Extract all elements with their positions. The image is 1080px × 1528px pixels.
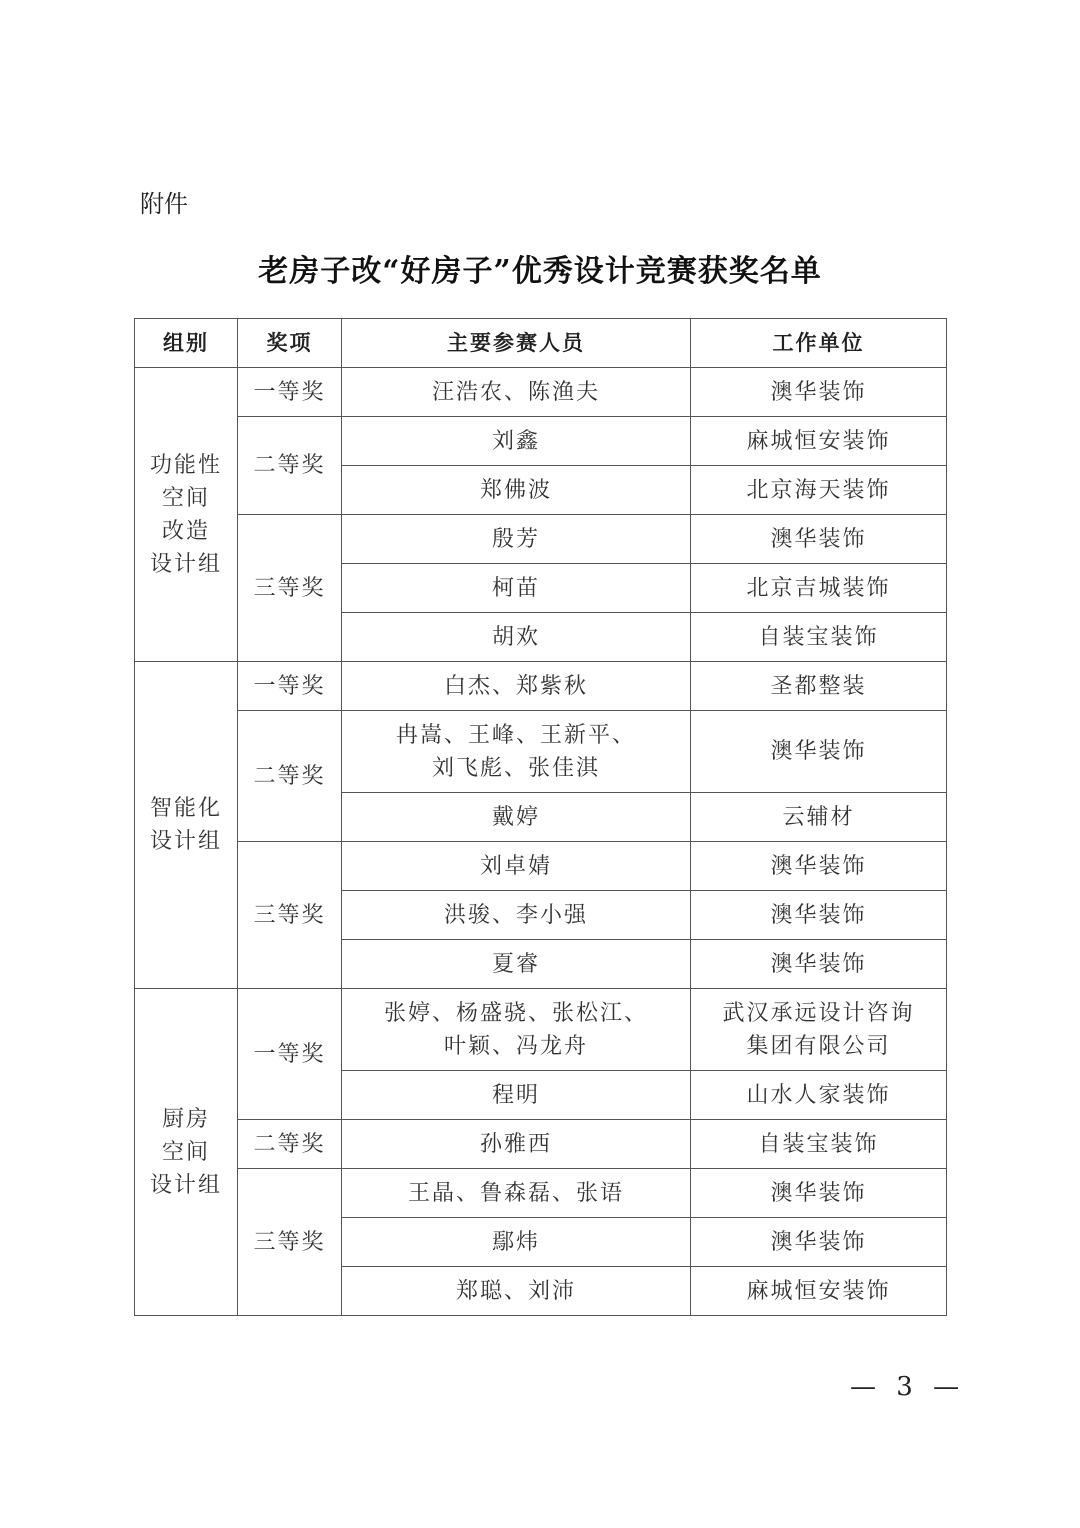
attachment-label: 附件 [140,184,188,219]
participants-cell: 冉嵩、王峰、王新平、 刘飞彪、张佳淇 [342,711,691,793]
unit-cell: 武汉承远设计咨询 集团有限公司 [691,989,947,1071]
table-row: 二等奖 刘鑫 麻城恒安装饰 [135,417,947,466]
participants-cell: 张婷、杨盛骁、张松江、 叶颖、冯龙舟 [342,989,691,1071]
table-row: 三等奖 殷芳 澳华装饰 [135,515,947,564]
unit-cell: 澳华装饰 [691,368,947,417]
participants-cell: 戴婷 [342,793,691,842]
group-cell: 智能化 设计组 [135,662,238,989]
unit-cell: 澳华装饰 [691,711,947,793]
participants-cell: 王晶、鲁森磊、张语 [342,1169,691,1218]
award-cell: 三等奖 [238,1169,342,1316]
group-cell: 厨房 空间 设计组 [135,989,238,1316]
unit-cell: 澳华装饰 [691,842,947,891]
unit-cell: 北京海天装饰 [691,466,947,515]
award-cell: 一等奖 [238,989,342,1120]
participants-cell: 程明 [342,1071,691,1120]
award-cell: 三等奖 [238,515,342,662]
award-cell: 二等奖 [238,417,342,515]
participants-cell: 鄢炜 [342,1218,691,1267]
table-row: 二等奖 孙雅西 自装宝装饰 [135,1120,947,1169]
unit-cell: 北京吉城装饰 [691,564,947,613]
unit-cell: 自装宝装饰 [691,613,947,662]
unit-cell: 澳华装饰 [691,1218,947,1267]
participants-cell: 夏睿 [342,940,691,989]
table-row: 厨房 空间 设计组 一等奖 张婷、杨盛骁、张松江、 叶颖、冯龙舟 武汉承远设计咨… [135,989,947,1071]
table-header-row: 组别 奖项 主要参赛人员 工作单位 [135,319,947,368]
column-header-unit: 工作单位 [691,319,947,368]
award-cell: 二等奖 [238,1120,342,1169]
column-header-award: 奖项 [238,319,342,368]
column-header-participants: 主要参赛人员 [342,319,691,368]
award-cell: 三等奖 [238,842,342,989]
participants-cell: 洪骏、李小强 [342,891,691,940]
table-row: 三等奖 刘卓婧 澳华装饰 [135,842,947,891]
table-row: 功能性 空间 改造 设计组 一等奖 汪浩农、陈渔夫 澳华装饰 [135,368,947,417]
unit-cell: 云辅材 [691,793,947,842]
participants-cell: 刘鑫 [342,417,691,466]
unit-cell: 麻城恒安装饰 [691,417,947,466]
table-row: 二等奖 冉嵩、王峰、王新平、 刘飞彪、张佳淇 澳华装饰 [135,711,947,793]
participants-cell: 汪浩农、陈渔夫 [342,368,691,417]
participants-cell: 殷芳 [342,515,691,564]
participants-cell: 柯苗 [342,564,691,613]
unit-cell: 澳华装饰 [691,940,947,989]
participants-cell: 白杰、郑紫秋 [342,662,691,711]
unit-cell: 山水人家装饰 [691,1071,947,1120]
award-cell: 一等奖 [238,368,342,417]
unit-cell: 澳华装饰 [691,515,947,564]
participants-cell: 胡欢 [342,613,691,662]
participants-cell: 郑佛波 [342,466,691,515]
unit-cell: 澳华装饰 [691,891,947,940]
award-cell: 二等奖 [238,711,342,842]
group-cell: 功能性 空间 改造 设计组 [135,368,238,662]
award-table: 组别 奖项 主要参赛人员 工作单位 功能性 空间 改造 设计组 一等奖 汪浩农、… [134,318,947,1316]
unit-cell: 圣都整装 [691,662,947,711]
participants-cell: 刘卓婧 [342,842,691,891]
document-title: 老房子改“好房子”优秀设计竞赛获奖名单 [0,246,1080,290]
table-row: 三等奖 王晶、鲁森磊、张语 澳华装饰 [135,1169,947,1218]
unit-cell: 麻城恒安装饰 [691,1267,947,1316]
column-header-group: 组别 [135,319,238,368]
participants-cell: 郑聪、刘沛 [342,1267,691,1316]
unit-cell: 自装宝装饰 [691,1120,947,1169]
unit-cell: 澳华装饰 [691,1169,947,1218]
award-cell: 一等奖 [238,662,342,711]
page-number: — 3 — [850,1372,965,1402]
table-row: 智能化 设计组 一等奖 白杰、郑紫秋 圣都整装 [135,662,947,711]
participants-cell: 孙雅西 [342,1120,691,1169]
